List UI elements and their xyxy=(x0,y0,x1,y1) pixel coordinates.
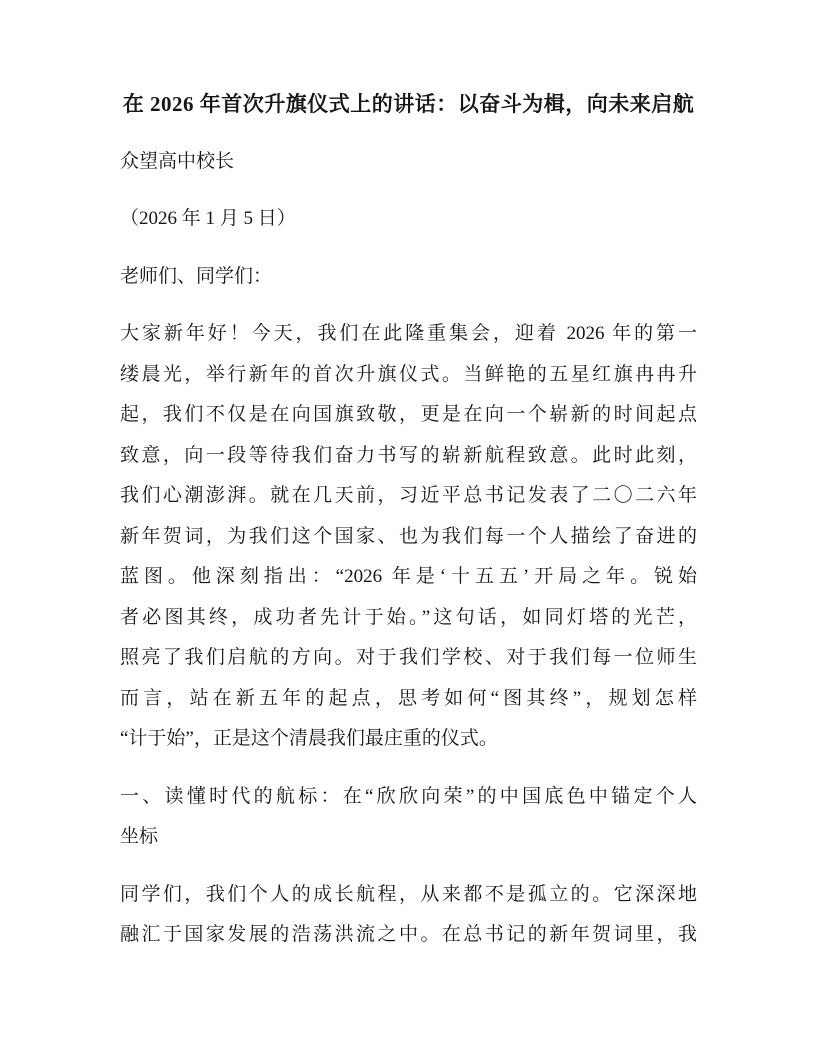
author-line: 众望高中校长 xyxy=(120,142,697,183)
text-line: 一、读懂时代的航标：在“欣欣向荣”的中国底色中锚定个人 xyxy=(120,777,697,818)
paragraph-opening: 大家新年好！今天，我们在此隆重集会，迎着 2026 年的第一缕晨光，举行新年的首… xyxy=(120,314,697,760)
text-line: 而言，站在新五年的起点，思考如何“图其终”，规划怎样 xyxy=(120,679,697,720)
text-line: 缕晨光，举行新年的首次升旗仪式。当鲜艳的五星红旗冉冉升 xyxy=(120,355,697,396)
paragraph-section-one-body: 同学们，我们个人的成长航程，从来都不是孤立的。它深深地融汇于国家发展的浩荡洪流之… xyxy=(120,875,697,956)
text-line: 者必图其终，成功者先计于始。”这句话，如同灯塔的光芒， xyxy=(120,598,697,639)
text-line: 致意，向一段等待我们奋力书写的崭新航程致意。此时此刻， xyxy=(120,436,697,477)
text-line: 蓝图。他深刻指出：“2026 年是‘十五五’开局之年。锐始 xyxy=(120,557,697,598)
date-line: （2026 年 1 月 5 日） xyxy=(120,199,697,240)
text-line: “计于始”，正是这个清晨我们最庄重的仪式。 xyxy=(120,719,697,760)
text-line: 同学们，我们个人的成长航程，从来都不是孤立的。它深深地 xyxy=(120,875,697,916)
text-line: 融汇于国家发展的浩荡洪流之中。在总书记的新年贺词里，我 xyxy=(120,915,697,956)
text-line: 我们心潮澎湃。就在几天前，习近平总书记发表了二〇二六年 xyxy=(120,476,697,517)
document-content: 在 2026 年首次升旗仪式上的讲话：以奋斗为楫，向未来启航 众望高中校长 （2… xyxy=(120,84,697,973)
text-line: 起，我们不仅是在向国旗致敬，更是在向一个崭新的时间起点 xyxy=(120,395,697,436)
text-line: 照亮了我们启航的方向。对于我们学校、对于我们每一位师生 xyxy=(120,638,697,679)
document-title: 在 2026 年首次升旗仪式上的讲话：以奋斗为楫，向未来启航 xyxy=(120,84,697,125)
salutation-line: 老师们、同学们： xyxy=(120,257,697,298)
document-page: 在 2026 年首次升旗仪式上的讲话：以奋斗为楫，向未来启航 众望高中校长 （2… xyxy=(0,0,816,1056)
document-paragraphs: 大家新年好！今天，我们在此隆重集会，迎着 2026 年的第一缕晨光，举行新年的首… xyxy=(120,314,697,956)
heading-section-one: 一、读懂时代的航标：在“欣欣向荣”的中国底色中锚定个人坐标 xyxy=(120,777,697,858)
text-line: 坐标 xyxy=(120,817,697,858)
text-line: 新年贺词，为我们这个国家、也为我们每一个人描绘了奋进的 xyxy=(120,517,697,558)
text-line: 大家新年好！今天，我们在此隆重集会，迎着 2026 年的第一 xyxy=(120,314,697,355)
